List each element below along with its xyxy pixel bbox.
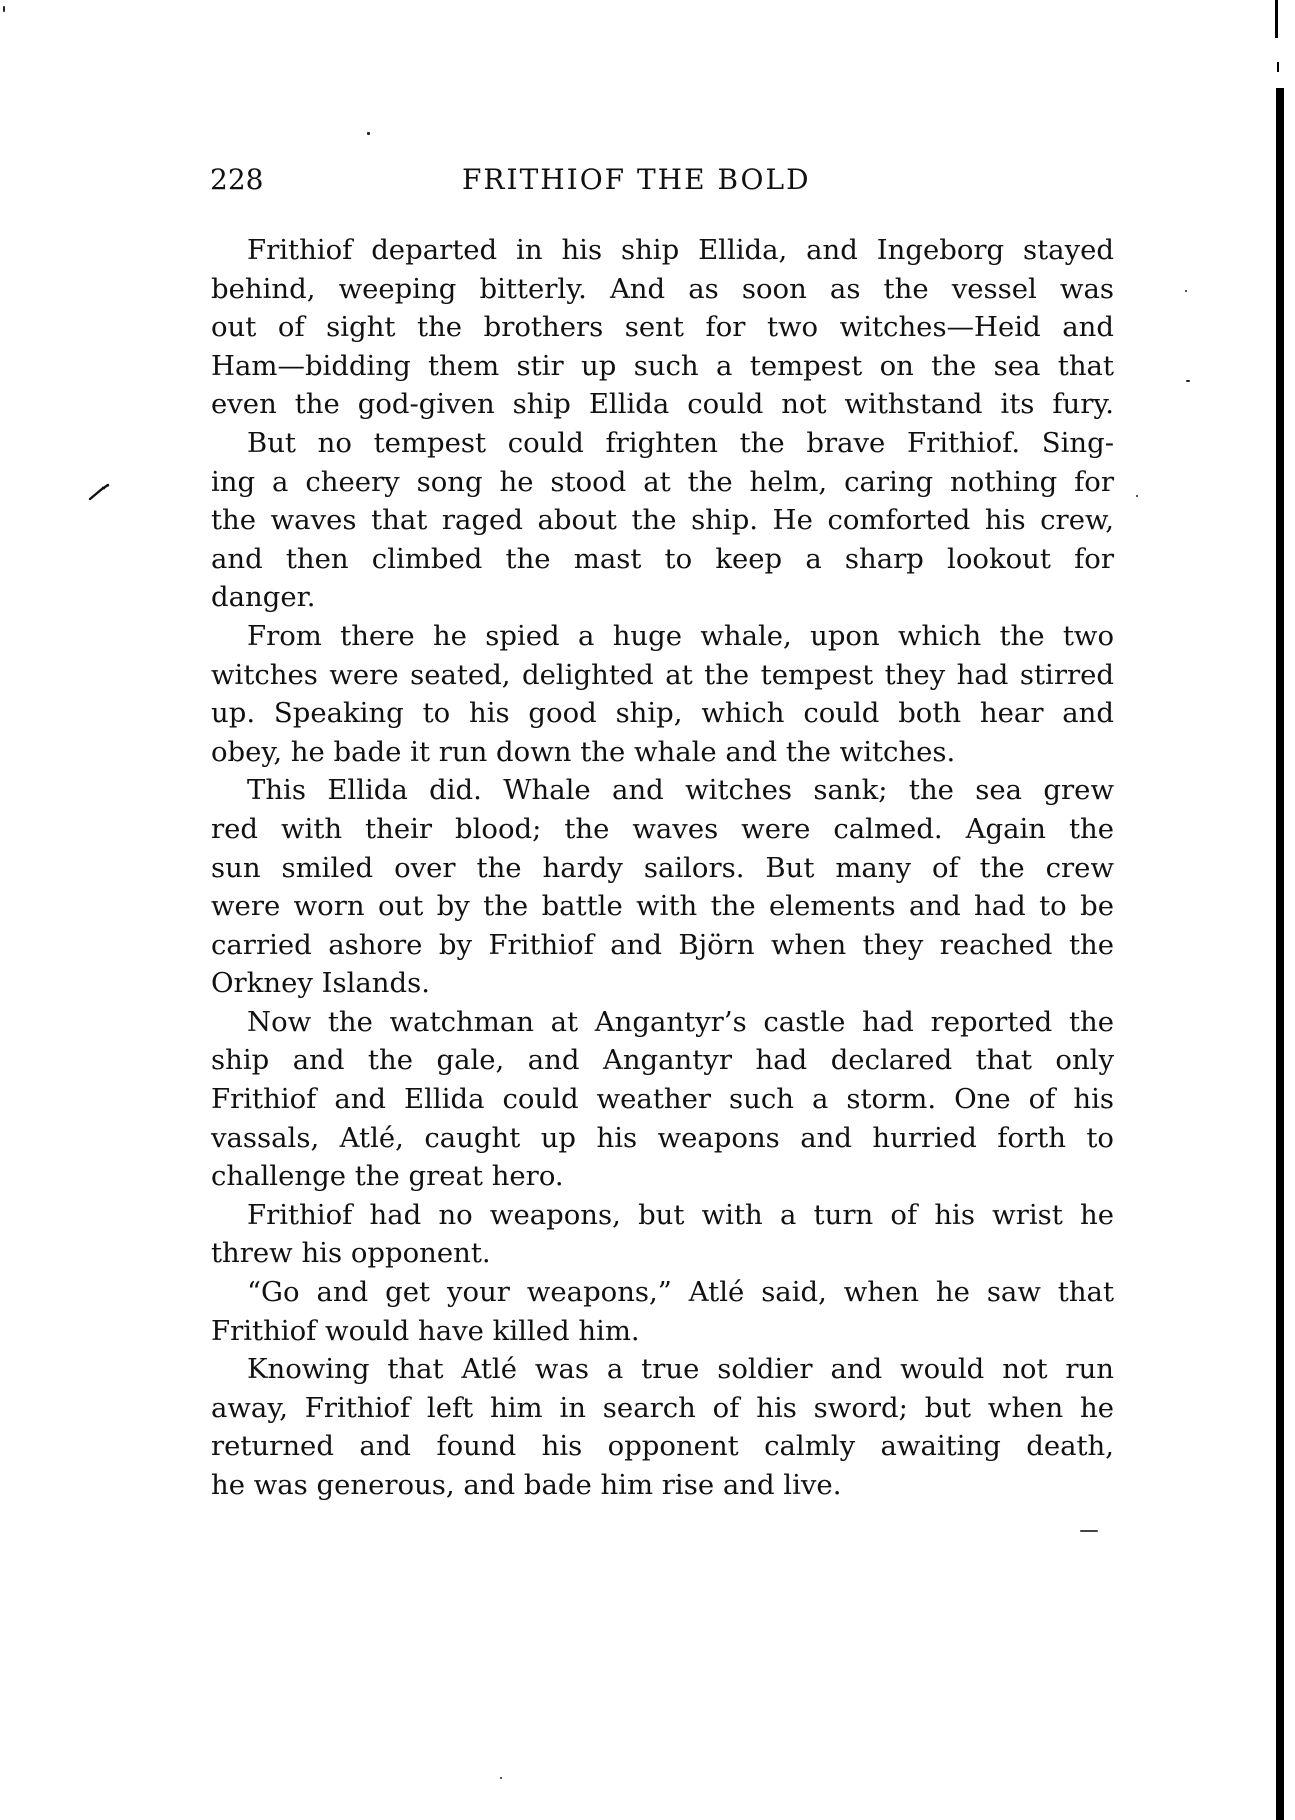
- text-line: Ham—bidding them stir up such a tempest …: [211, 347, 1114, 386]
- text-line: he was generous, and bade him rise and l…: [211, 1466, 1114, 1505]
- text-line: away, Frithiof left him in search of his…: [211, 1389, 1114, 1428]
- text-line: From there he spied a huge whale, upon w…: [211, 617, 1114, 656]
- paragraph: From there he spied a huge whale, upon w…: [211, 617, 1114, 771]
- paragraph: Now the watchman at Angantyr’s castle ha…: [211, 1003, 1114, 1196]
- text-line: out of sight the brothers sent for two w…: [211, 308, 1114, 347]
- text-line: behind, weeping bitterly. And as soon as…: [211, 270, 1114, 309]
- scan-speck: [1080, 1530, 1098, 1532]
- text-line: vassals, Atlé, caught up his weapons and…: [211, 1119, 1114, 1158]
- text-line: Frithiof had no weapons, but with a turn…: [211, 1196, 1114, 1235]
- paragraph: “Go and get your weapons,” Atlé said, wh…: [211, 1273, 1114, 1350]
- text-line: red with their blood; the waves were cal…: [211, 810, 1114, 849]
- page-binding-edge: [1276, 88, 1284, 1820]
- scan-speck: [500, 1777, 502, 1779]
- running-head: 228 FRITHIOF THE BOLD: [210, 160, 1115, 200]
- paragraph: Knowing that Atlé was a true soldier and…: [211, 1350, 1114, 1504]
- scan-speck: [367, 132, 370, 135]
- text-line: carried ashore by Frithiof and Björn whe…: [211, 926, 1114, 965]
- body-text: Frithiof departed in his ship Ellida, an…: [211, 231, 1114, 1505]
- running-title: FRITHIOF THE BOLD: [462, 160, 811, 200]
- text-line: Orkney Islands.: [211, 964, 1114, 1003]
- text-line: obey, he bade it run down the whale and …: [211, 733, 1114, 772]
- text-line: danger.: [211, 578, 1114, 617]
- text-line: the waves that raged about the ship. He …: [211, 501, 1114, 540]
- scan-speck: [1185, 290, 1187, 292]
- text-line: returned and found his opponent calmly a…: [211, 1427, 1114, 1466]
- scan-speck: [3, 6, 5, 12]
- scan-speck: [1186, 380, 1190, 382]
- text-line: up. Speaking to his good ship, which cou…: [211, 694, 1114, 733]
- text-line: were worn out by the battle with the ele…: [211, 887, 1114, 926]
- text-line: threw his opponent.: [211, 1234, 1114, 1273]
- text-line: Frithiof departed in his ship Ellida, an…: [211, 231, 1114, 270]
- text-line: This Ellida did. Whale and witches sank;…: [211, 771, 1114, 810]
- text-line: ing a cheery song he stood at the helm, …: [211, 463, 1114, 502]
- text-line: sun smiled over the hardy sailors. But m…: [211, 849, 1114, 888]
- text-line: even the god-given ship Ellida could not…: [211, 385, 1114, 424]
- paragraph: But no tempest could frighten the brave …: [211, 424, 1114, 617]
- page-edge-mark: [1277, 62, 1279, 72]
- paragraph: Frithiof had no weapons, but with a turn…: [211, 1196, 1114, 1273]
- page-edge-line: [1275, 0, 1278, 38]
- paragraph: Frithiof departed in his ship Ellida, an…: [211, 231, 1114, 424]
- book-page: 228 FRITHIOF THE BOLD Frithiof departed …: [0, 0, 1295, 1820]
- text-line: Knowing that Atlé was a true soldier and…: [211, 1350, 1114, 1389]
- pencil-mark-icon: [88, 483, 112, 501]
- text-line: “Go and get your weapons,” Atlé said, wh…: [211, 1273, 1114, 1312]
- text-line: ship and the gale, and Angantyr had decl…: [211, 1041, 1114, 1080]
- paragraph: This Ellida did. Whale and witches sank;…: [211, 771, 1114, 1003]
- text-line: challenge the great hero.: [211, 1157, 1114, 1196]
- text-line: But no tempest could frighten the brave …: [211, 424, 1114, 463]
- text-line: witches were seated, delighted at the te…: [211, 656, 1114, 695]
- text-line: and then climbed the mast to keep a shar…: [211, 540, 1114, 579]
- text-line: Now the watchman at Angantyr’s castle ha…: [211, 1003, 1114, 1042]
- text-line: Frithiof and Ellida could weather such a…: [211, 1080, 1114, 1119]
- page-number: 228: [210, 160, 263, 200]
- text-line: Frithiof would have killed him.: [211, 1312, 1114, 1351]
- scan-speck: [1136, 495, 1138, 497]
